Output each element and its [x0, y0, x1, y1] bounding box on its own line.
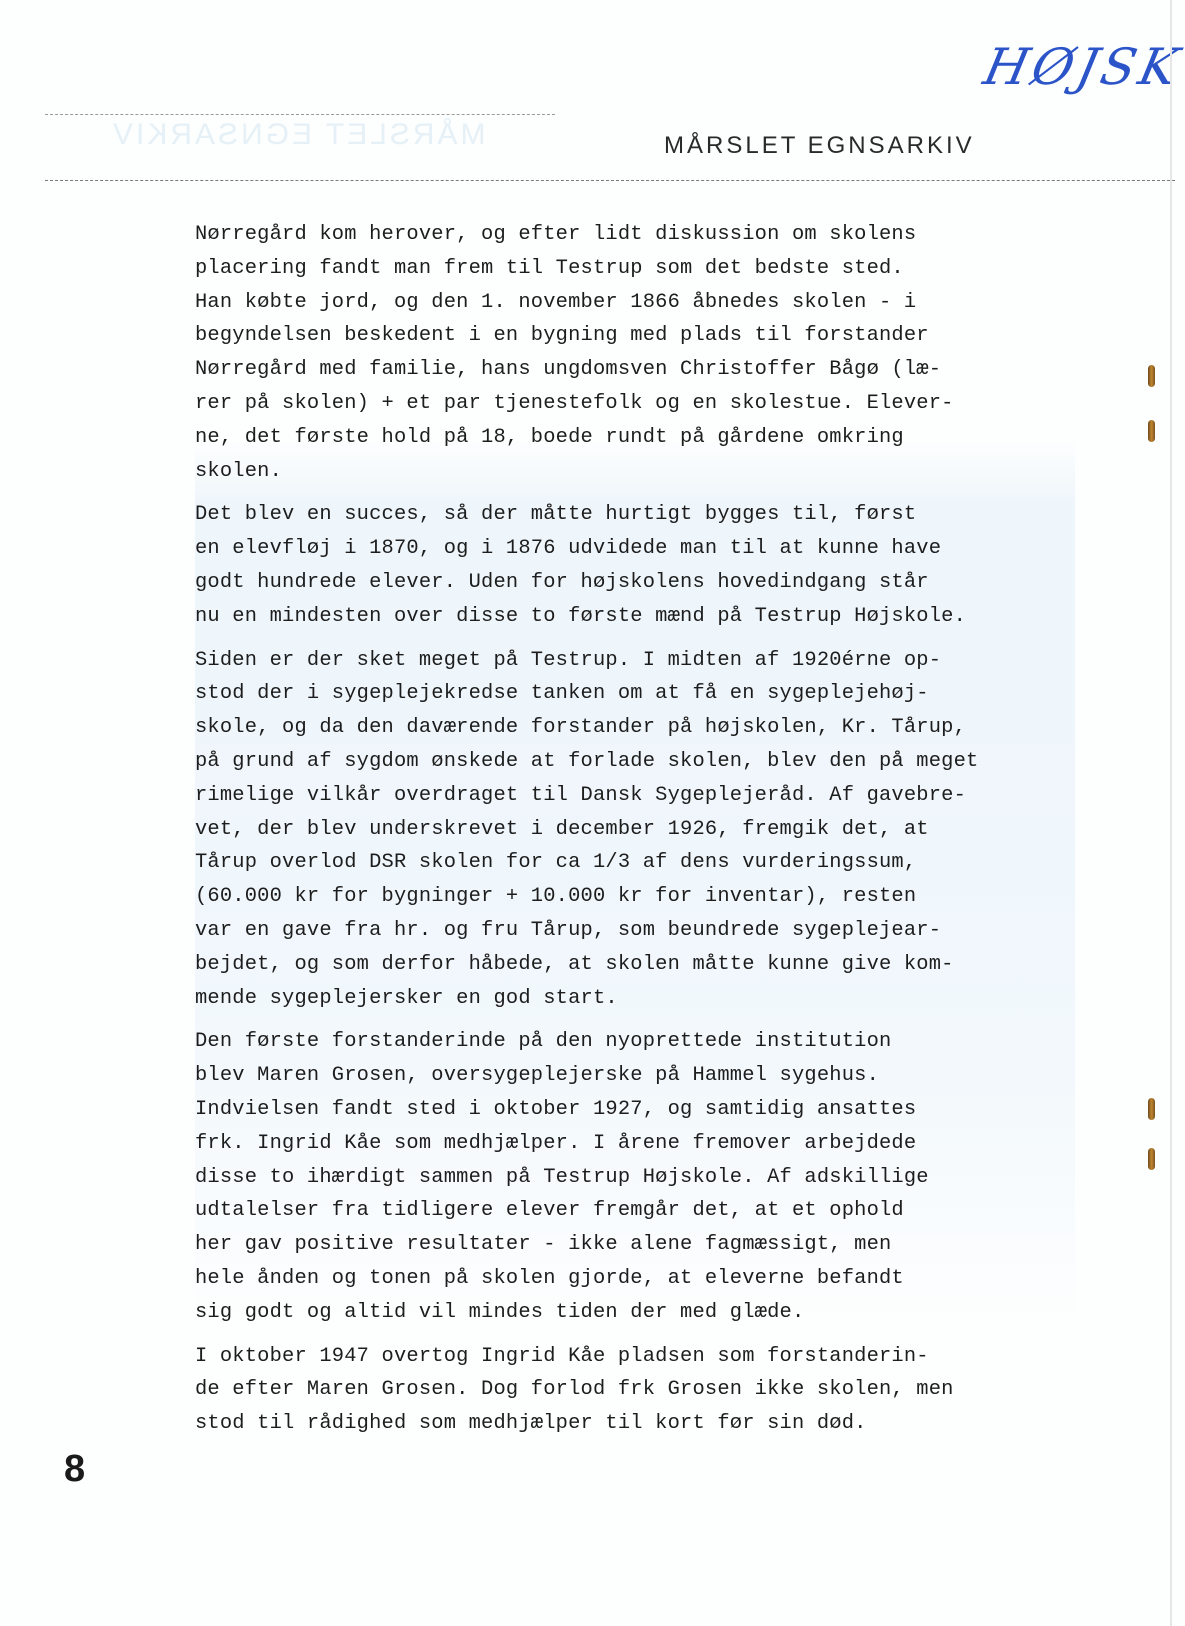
archive-title: MÅRSLET EGNSARKIV: [664, 132, 975, 160]
text-line: hele ånden og tonen på skolen gjorde, at…: [195, 1262, 1095, 1296]
handwritten-annotation: HØJSK: [979, 38, 1185, 96]
text-line: begyndelsen beskedent i en bygning med p…: [195, 319, 1095, 353]
bleed-through-header: MÅRSLET EGNSARKIV: [110, 118, 486, 152]
text-line: Han købte jord, og den 1. november 1866 …: [195, 286, 1095, 320]
text-line: ne, det første hold på 18, boede rundt p…: [195, 421, 1095, 455]
text-line: mende sygeplejersker en god start.: [195, 982, 1095, 1016]
staple-icon: [1148, 365, 1155, 387]
text-line: var en gave fra hr. og fru Tårup, som be…: [195, 914, 1095, 948]
page-edge: [1170, 0, 1172, 1626]
text-line: Nørregård kom herover, og efter lidt dis…: [195, 218, 1095, 252]
paragraph: I oktober 1947 overtog Ingrid Kåe pladse…: [195, 1340, 1095, 1441]
text-line: stod til rådighed som medhjælper til kor…: [195, 1407, 1095, 1441]
text-line: vet, der blev underskrevet i december 19…: [195, 813, 1095, 847]
text-line: de efter Maren Grosen. Dog forlod frk Gr…: [195, 1373, 1095, 1407]
body-text: Nørregård kom herover, og efter lidt dis…: [195, 218, 1095, 1451]
text-line: Siden er der sket meget på Testrup. I mi…: [195, 644, 1095, 678]
text-line: skolen.: [195, 455, 1095, 489]
staple-icon: [1148, 1098, 1155, 1120]
text-line: disse to ihærdigt sammen på Testrup Højs…: [195, 1161, 1095, 1195]
text-line: frk. Ingrid Kåe som medhjælper. I årene …: [195, 1127, 1095, 1161]
paragraph: Siden er der sket meget på Testrup. I mi…: [195, 644, 1095, 1016]
header-rule-bottom: [45, 180, 1175, 181]
staple-icon: [1148, 420, 1155, 442]
page-number: 8: [64, 1448, 85, 1491]
text-line: (60.000 kr for bygninger + 10.000 kr for…: [195, 880, 1095, 914]
text-line: rer på skolen) + et par tjenestefolk og …: [195, 387, 1095, 421]
text-line: bejdet, og som derfor håbede, at skolen …: [195, 948, 1095, 982]
text-line: godt hundrede elever. Uden for højskolen…: [195, 566, 1095, 600]
text-line: Den første forstanderinde på den nyopret…: [195, 1025, 1095, 1059]
text-line: Nørregård med familie, hans ungdomsven C…: [195, 353, 1095, 387]
text-line: stod der i sygeplejekredse tanken om at …: [195, 677, 1095, 711]
text-line: sig godt og altid vil mindes tiden der m…: [195, 1296, 1095, 1330]
paragraph: Den første forstanderinde på den nyopret…: [195, 1025, 1095, 1329]
text-line: Det blev en succes, så der måtte hurtigt…: [195, 498, 1095, 532]
text-line: nu en mindesten over disse to første mæn…: [195, 600, 1095, 634]
paragraph: Det blev en succes, så der måtte hurtigt…: [195, 498, 1095, 633]
text-line: her gav positive resultater - ikke alene…: [195, 1228, 1095, 1262]
text-line: udtalelser fra tidligere elever fremgår …: [195, 1194, 1095, 1228]
text-line: skole, og da den daværende forstander på…: [195, 711, 1095, 745]
header-rule-top: [45, 114, 555, 115]
staple-icon: [1148, 1148, 1155, 1170]
text-line: Tårup overlod DSR skolen for ca 1/3 af d…: [195, 846, 1095, 880]
text-line: rimelige vilkår overdraget til Dansk Syg…: [195, 779, 1095, 813]
text-line: blev Maren Grosen, oversygeplejerske på …: [195, 1059, 1095, 1093]
text-line: placering fandt man frem til Testrup som…: [195, 252, 1095, 286]
document-page: MÅRSLET EGNSARKIV HØJSK MÅRSLET EGNSARKI…: [0, 0, 1185, 1626]
text-line: I oktober 1947 overtog Ingrid Kåe pladse…: [195, 1340, 1095, 1374]
text-line: Indvielsen fandt sted i oktober 1927, og…: [195, 1093, 1095, 1127]
text-line: en elevfløj i 1870, og i 1876 udvidede m…: [195, 532, 1095, 566]
paragraph: Nørregård kom herover, og efter lidt dis…: [195, 218, 1095, 488]
text-line: på grund af sygdom ønskede at forlade sk…: [195, 745, 1095, 779]
